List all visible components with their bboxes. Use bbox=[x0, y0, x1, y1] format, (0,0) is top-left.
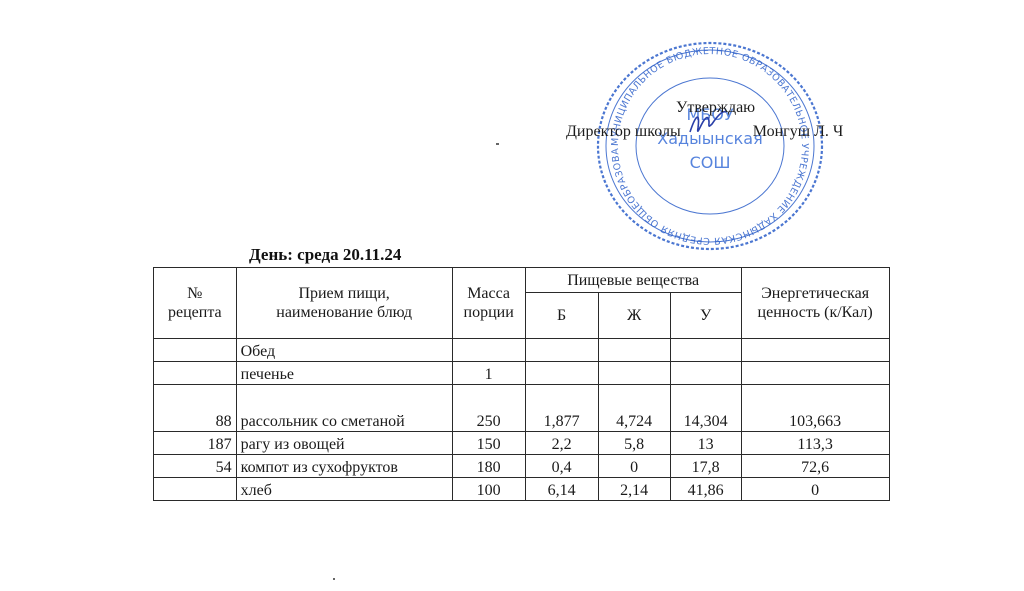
recipe-number bbox=[154, 362, 237, 385]
fat-value bbox=[598, 362, 670, 385]
approval-line: Директор школыМонгуш Л. Ч bbox=[566, 123, 843, 141]
approval-name: Монгуш Л. Ч bbox=[753, 123, 844, 140]
carbs-value: 13 bbox=[670, 432, 741, 455]
protein-value bbox=[525, 362, 598, 385]
portion-mass: 180 bbox=[452, 455, 525, 478]
protein-value: 0,4 bbox=[525, 455, 598, 478]
dish-name: рассольник со сметаной bbox=[236, 385, 452, 432]
table-row: печенье1 bbox=[154, 362, 890, 385]
dish-name: рагу из овощей bbox=[236, 432, 452, 455]
recipe-number: 54 bbox=[154, 455, 237, 478]
recipe-number bbox=[154, 478, 237, 501]
school-stamp: МУНИЦИПАЛЬНОЕ БЮДЖЕТНОЕ ОБРАЗОВАТЕЛЬНОЕ … bbox=[594, 40, 826, 252]
stamp-line-3: СОШ bbox=[690, 153, 731, 172]
portion-mass: 100 bbox=[452, 478, 525, 501]
dish-name: компот из сухофруктов bbox=[236, 455, 452, 478]
header-mass: Масса порции bbox=[452, 268, 525, 339]
protein-value: 1,877 bbox=[525, 385, 598, 432]
section-row: Обед bbox=[154, 339, 890, 362]
dish-name: хлеб bbox=[236, 478, 452, 501]
energy-value bbox=[741, 362, 889, 385]
recipe-number: 88 bbox=[154, 385, 237, 432]
carbs-value: 14,304 bbox=[670, 385, 741, 432]
portion-mass: 1 bbox=[452, 362, 525, 385]
portion-mass: 150 bbox=[452, 432, 525, 455]
carbs-value bbox=[670, 362, 741, 385]
scan-speck bbox=[496, 143, 499, 145]
fat-value: 4,724 bbox=[598, 385, 670, 432]
carbs-value: 17,8 bbox=[670, 455, 741, 478]
fat-value: 5,8 bbox=[598, 432, 670, 455]
fat-value: 2,14 bbox=[598, 478, 670, 501]
header-energy: Энергетическая ценность (к/Кал) bbox=[741, 268, 889, 339]
table-row: 187рагу из овощей1502,25,813113,3 bbox=[154, 432, 890, 455]
recipe-number: 187 bbox=[154, 432, 237, 455]
energy-value: 72,6 bbox=[741, 455, 889, 478]
protein-value: 2,2 bbox=[525, 432, 598, 455]
table-row: хлеб1006,142,1441,860 bbox=[154, 478, 890, 501]
menu-table: № рецепта Прием пищи, наименование блюд … bbox=[153, 267, 890, 501]
fat-value: 0 bbox=[598, 455, 670, 478]
scan-speck bbox=[333, 578, 335, 580]
header-recipe-no: № рецепта bbox=[154, 268, 237, 339]
protein-value: 6,14 bbox=[525, 478, 598, 501]
header-carbs: У bbox=[670, 293, 741, 339]
table-row: 54компот из сухофруктов1800,4017,872,6 bbox=[154, 455, 890, 478]
header-protein: Б bbox=[525, 293, 598, 339]
energy-value: 103,663 bbox=[741, 385, 889, 432]
approval-title: Утверждаю bbox=[676, 99, 755, 117]
header-fat: Ж bbox=[598, 293, 670, 339]
header-nutrients: Пищевые вещества bbox=[525, 268, 741, 293]
portion-mass: 250 bbox=[452, 385, 525, 432]
section-label: Обед bbox=[236, 339, 452, 362]
table-row: 88рассольник со сметаной2501,8774,72414,… bbox=[154, 385, 890, 432]
energy-value: 113,3 bbox=[741, 432, 889, 455]
carbs-value: 41,86 bbox=[670, 478, 741, 501]
header-meal: Прием пищи, наименование блюд bbox=[236, 268, 452, 339]
dish-name: печенье bbox=[236, 362, 452, 385]
energy-value: 0 bbox=[741, 478, 889, 501]
day-title: День: среда 20.11.24 bbox=[249, 245, 401, 265]
approval-position: Директор школы bbox=[566, 123, 681, 140]
